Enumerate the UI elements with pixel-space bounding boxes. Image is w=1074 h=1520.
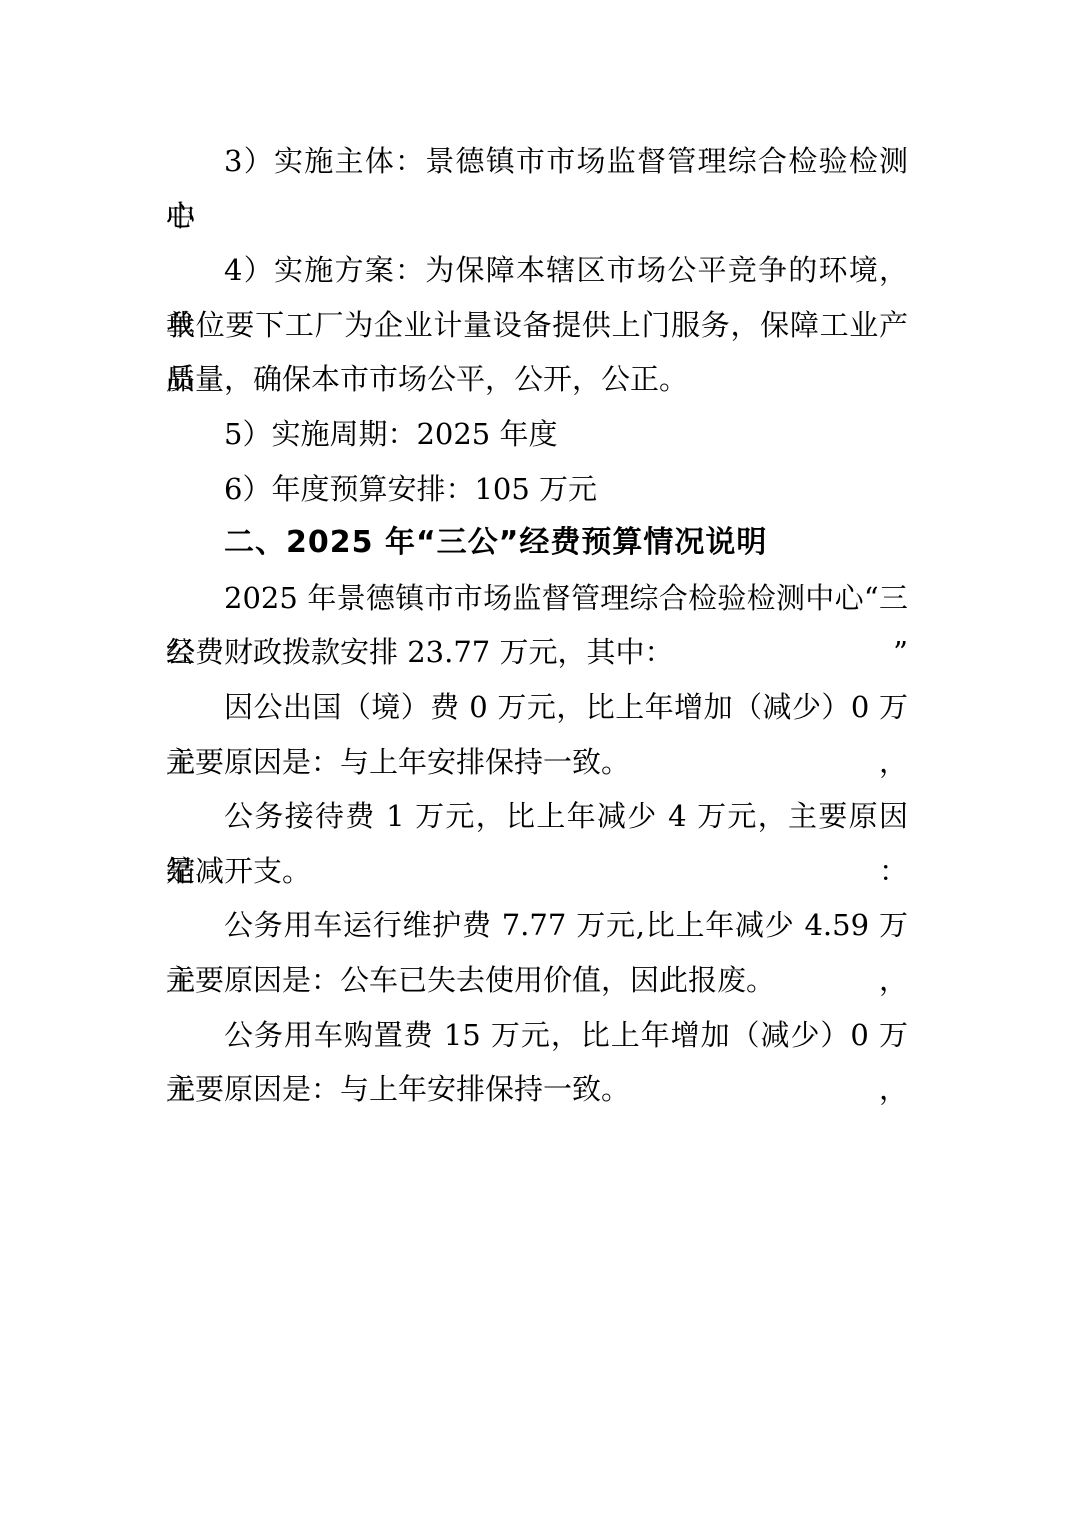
paragraph-vehicle-purchase-expense-line-1: 公务用车购置费 15 万元，比上年增加（减少）0 万元， <box>166 1008 908 1063</box>
paragraph-implementation-plan-line-3: 质量，确保本市市场公平，公开，公正。 <box>166 352 908 407</box>
paragraph-three-public-intro-line-1: 2025 年景德镇市市场监督管理综合检验检测中心“三公” <box>166 571 908 626</box>
paragraph-reception-expense-line-1: 公务接待费 1 万元，比上年减少 4 万元，主要原因是： <box>166 789 908 844</box>
paragraph-implementation-subject-line-2: 心 <box>166 189 908 244</box>
paragraph-vehicle-maintenance-expense-line-1: 公务用车运行维护费 7.77 万元,比上年减少 4.59 万元， <box>166 898 908 953</box>
section-heading: 二、2025 年“三公”经费预算情况说明 <box>166 516 908 571</box>
paragraph-annual-budget: 6）年度预算安排：105 万元 <box>166 462 908 517</box>
paragraph-implementation-subject-line-1: 3）实施主体：景德镇市市场监督管理综合检验检测中 <box>166 134 908 189</box>
paragraph-implementation-period: 5）实施周期：2025 年度 <box>166 407 908 462</box>
paragraph-implementation-plan-line-2: 单位要下工厂为企业计量设备提供上门服务，保障工业产品 <box>166 298 908 353</box>
document-page: 3）实施主体：景德镇市市场监督管理综合检验检测中 心 4）实施方案：为保障本辖区… <box>0 0 1074 1520</box>
paragraph-abroad-expense-line-1: 因公出国（境）费 0 万元，比上年增加（减少）0 万元， <box>166 680 908 735</box>
paragraph-implementation-plan-line-1: 4）实施方案：为保障本辖区市场公平竞争的环境，我 <box>166 243 908 298</box>
document-body: 3）实施主体：景德镇市市场监督管理综合检验检测中 心 4）实施方案：为保障本辖区… <box>166 134 908 1117</box>
